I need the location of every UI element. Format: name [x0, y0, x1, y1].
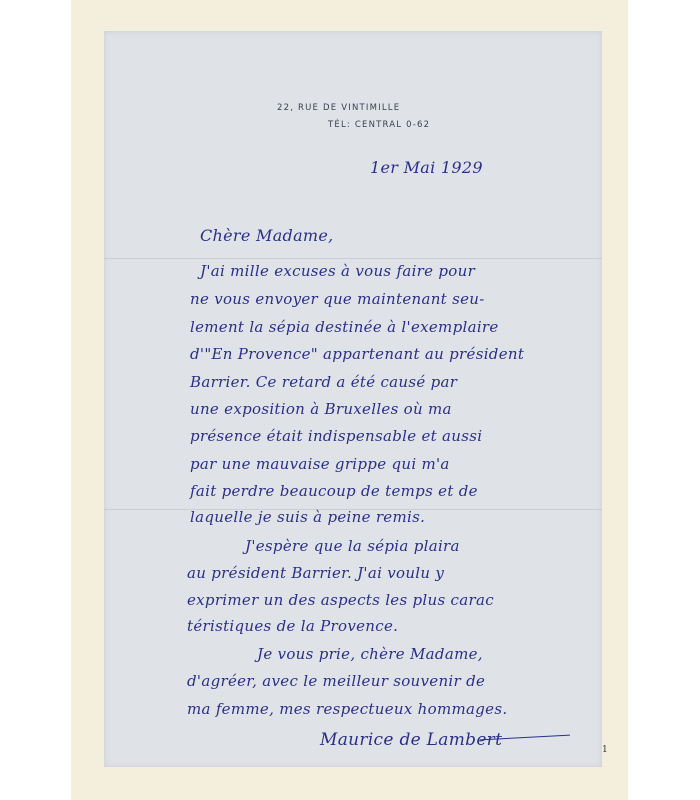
- body-line: par une mauvaise grippe qui m'a: [190, 455, 450, 473]
- body-line: téristiques de la Provence.: [187, 617, 398, 635]
- letterhead-telephone: TÉL: CENTRAL 0-62: [328, 120, 430, 130]
- body-line: d'agréer, avec le meilleur souvenir de: [187, 672, 485, 690]
- body-line: Je vous prie, chère Madame,: [257, 645, 483, 663]
- body-line: J'ai mille excuses à vous faire pour: [200, 262, 475, 280]
- body-line: exprimer un des aspects les plus carac: [187, 591, 494, 609]
- body-line: une exposition à Bruxelles où ma: [190, 400, 452, 418]
- body-line: d'"En Provence" appartenant au président: [190, 345, 524, 363]
- body-line: lement la sépia destinée à l'exemplaire: [190, 318, 499, 336]
- salutation: Chère Madame,: [200, 226, 334, 245]
- body-line: Barrier. Ce retard a été causé par: [190, 373, 457, 391]
- body-line: au président Barrier. J'ai voulu y: [187, 564, 444, 582]
- body-line: ma femme, mes respectueux hommages.: [187, 700, 507, 718]
- body-line: ne vous envoyer que maintenant seu-: [190, 290, 485, 308]
- letterhead-address: 22, RUE DE VINTIMILLE: [277, 103, 400, 113]
- letter-date: 1er Mai 1929: [370, 158, 483, 177]
- fold-line-top: [104, 258, 602, 259]
- body-line: J'espère que la sépia plaira: [245, 537, 460, 555]
- body-line: laquelle je suis à peine remis.: [190, 508, 425, 526]
- body-line: présence était indispensable et aussi: [190, 427, 482, 445]
- signature: Maurice de Lambert: [320, 730, 502, 750]
- page-number: 1: [602, 745, 608, 755]
- body-line: fait perdre beaucoup de temps et de: [190, 482, 478, 500]
